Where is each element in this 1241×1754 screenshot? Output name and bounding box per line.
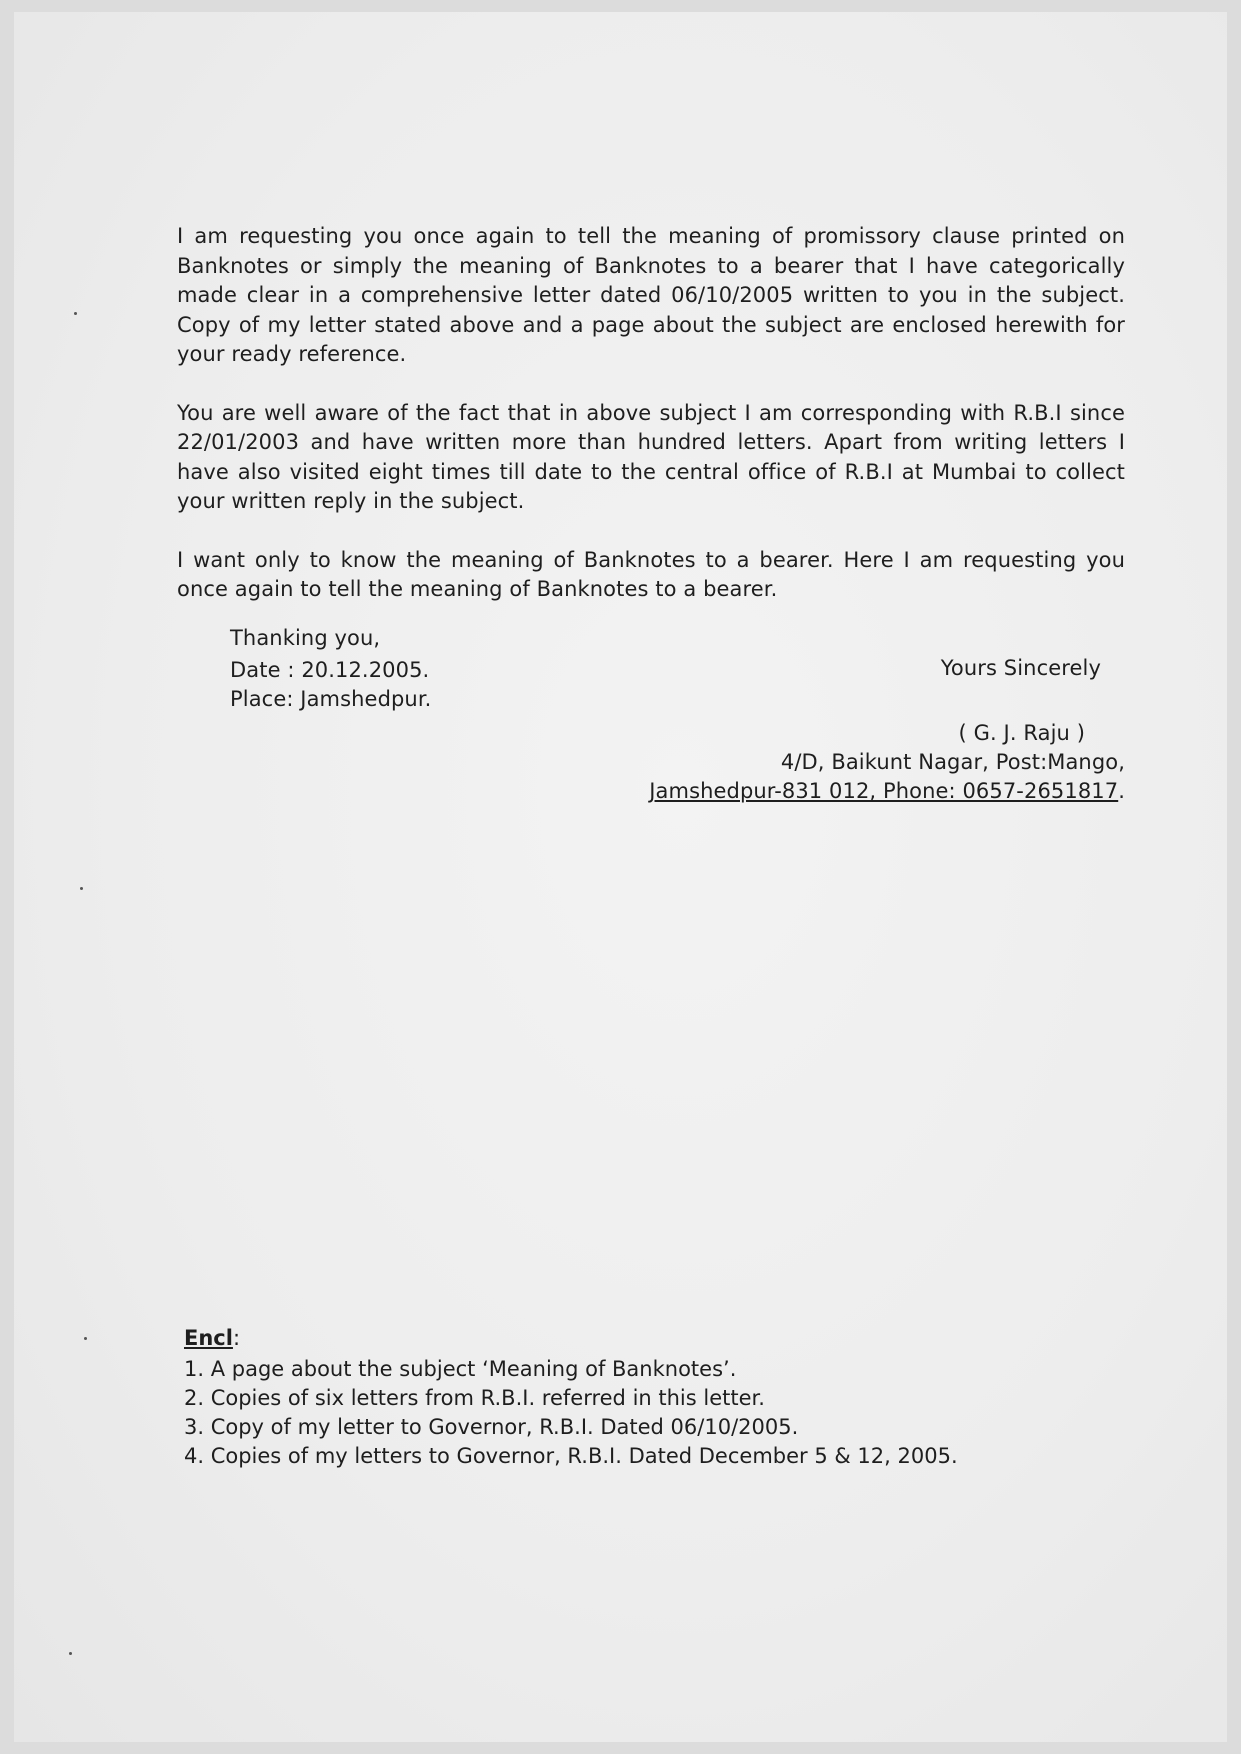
enclosure-item: 1. A page about the subject ‘Meaning of … — [184, 1355, 1104, 1384]
enclosure-item: 3. Copy of my letter to Governor, R.B.I.… — [184, 1413, 1104, 1442]
address-line-1: 4/D, Baikunt Nagar, Post:Mango, — [649, 748, 1125, 777]
sender-name: ( G. J. Raju ) — [649, 719, 1125, 748]
thanks-text: Thanking you, — [230, 624, 431, 653]
enclosures-heading: Encl: — [184, 1324, 1104, 1353]
enclosures-colon: : — [233, 1326, 240, 1350]
date-text: Date : 20.12.2005. — [230, 656, 431, 685]
letter-body: I am requesting you once again to tell t… — [177, 222, 1125, 605]
paragraph-1: I am requesting you once again to tell t… — [177, 222, 1125, 370]
enclosures-title: Encl — [184, 1326, 233, 1350]
enclosure-item: 2. Copies of six letters from R.B.I. ref… — [184, 1384, 1104, 1413]
address-period: . — [1118, 779, 1125, 803]
scan-speck — [84, 1337, 87, 1340]
place-text: Place: Jamshedpur. — [230, 685, 431, 714]
scan-speck — [74, 312, 77, 315]
sign-off: Yours Sincerely — [941, 654, 1101, 684]
paragraph-3: I want only to know the meaning of Bankn… — [177, 546, 1125, 605]
signature-block: ( G. J. Raju ) 4/D, Baikunt Nagar, Post:… — [649, 719, 1125, 806]
address-line-2: Jamshedpur-831 012, Phone: 0657-2651817. — [649, 777, 1125, 806]
enclosures: Encl: 1. A page about the subject ‘Meani… — [184, 1324, 1104, 1471]
paragraph-2: You are well aware of the fact that in a… — [177, 399, 1125, 517]
scan-speck — [69, 1652, 72, 1655]
scan-speck — [80, 887, 83, 890]
address-phone: Jamshedpur-831 012, Phone: 0657-2651817 — [649, 779, 1118, 803]
enclosure-item: 4. Copies of my letters to Governor, R.B… — [184, 1442, 1104, 1471]
date-place-block: Thanking you, Date : 20.12.2005. Place: … — [230, 624, 431, 714]
enclosures-list: 1. A page about the subject ‘Meaning of … — [184, 1355, 1104, 1471]
